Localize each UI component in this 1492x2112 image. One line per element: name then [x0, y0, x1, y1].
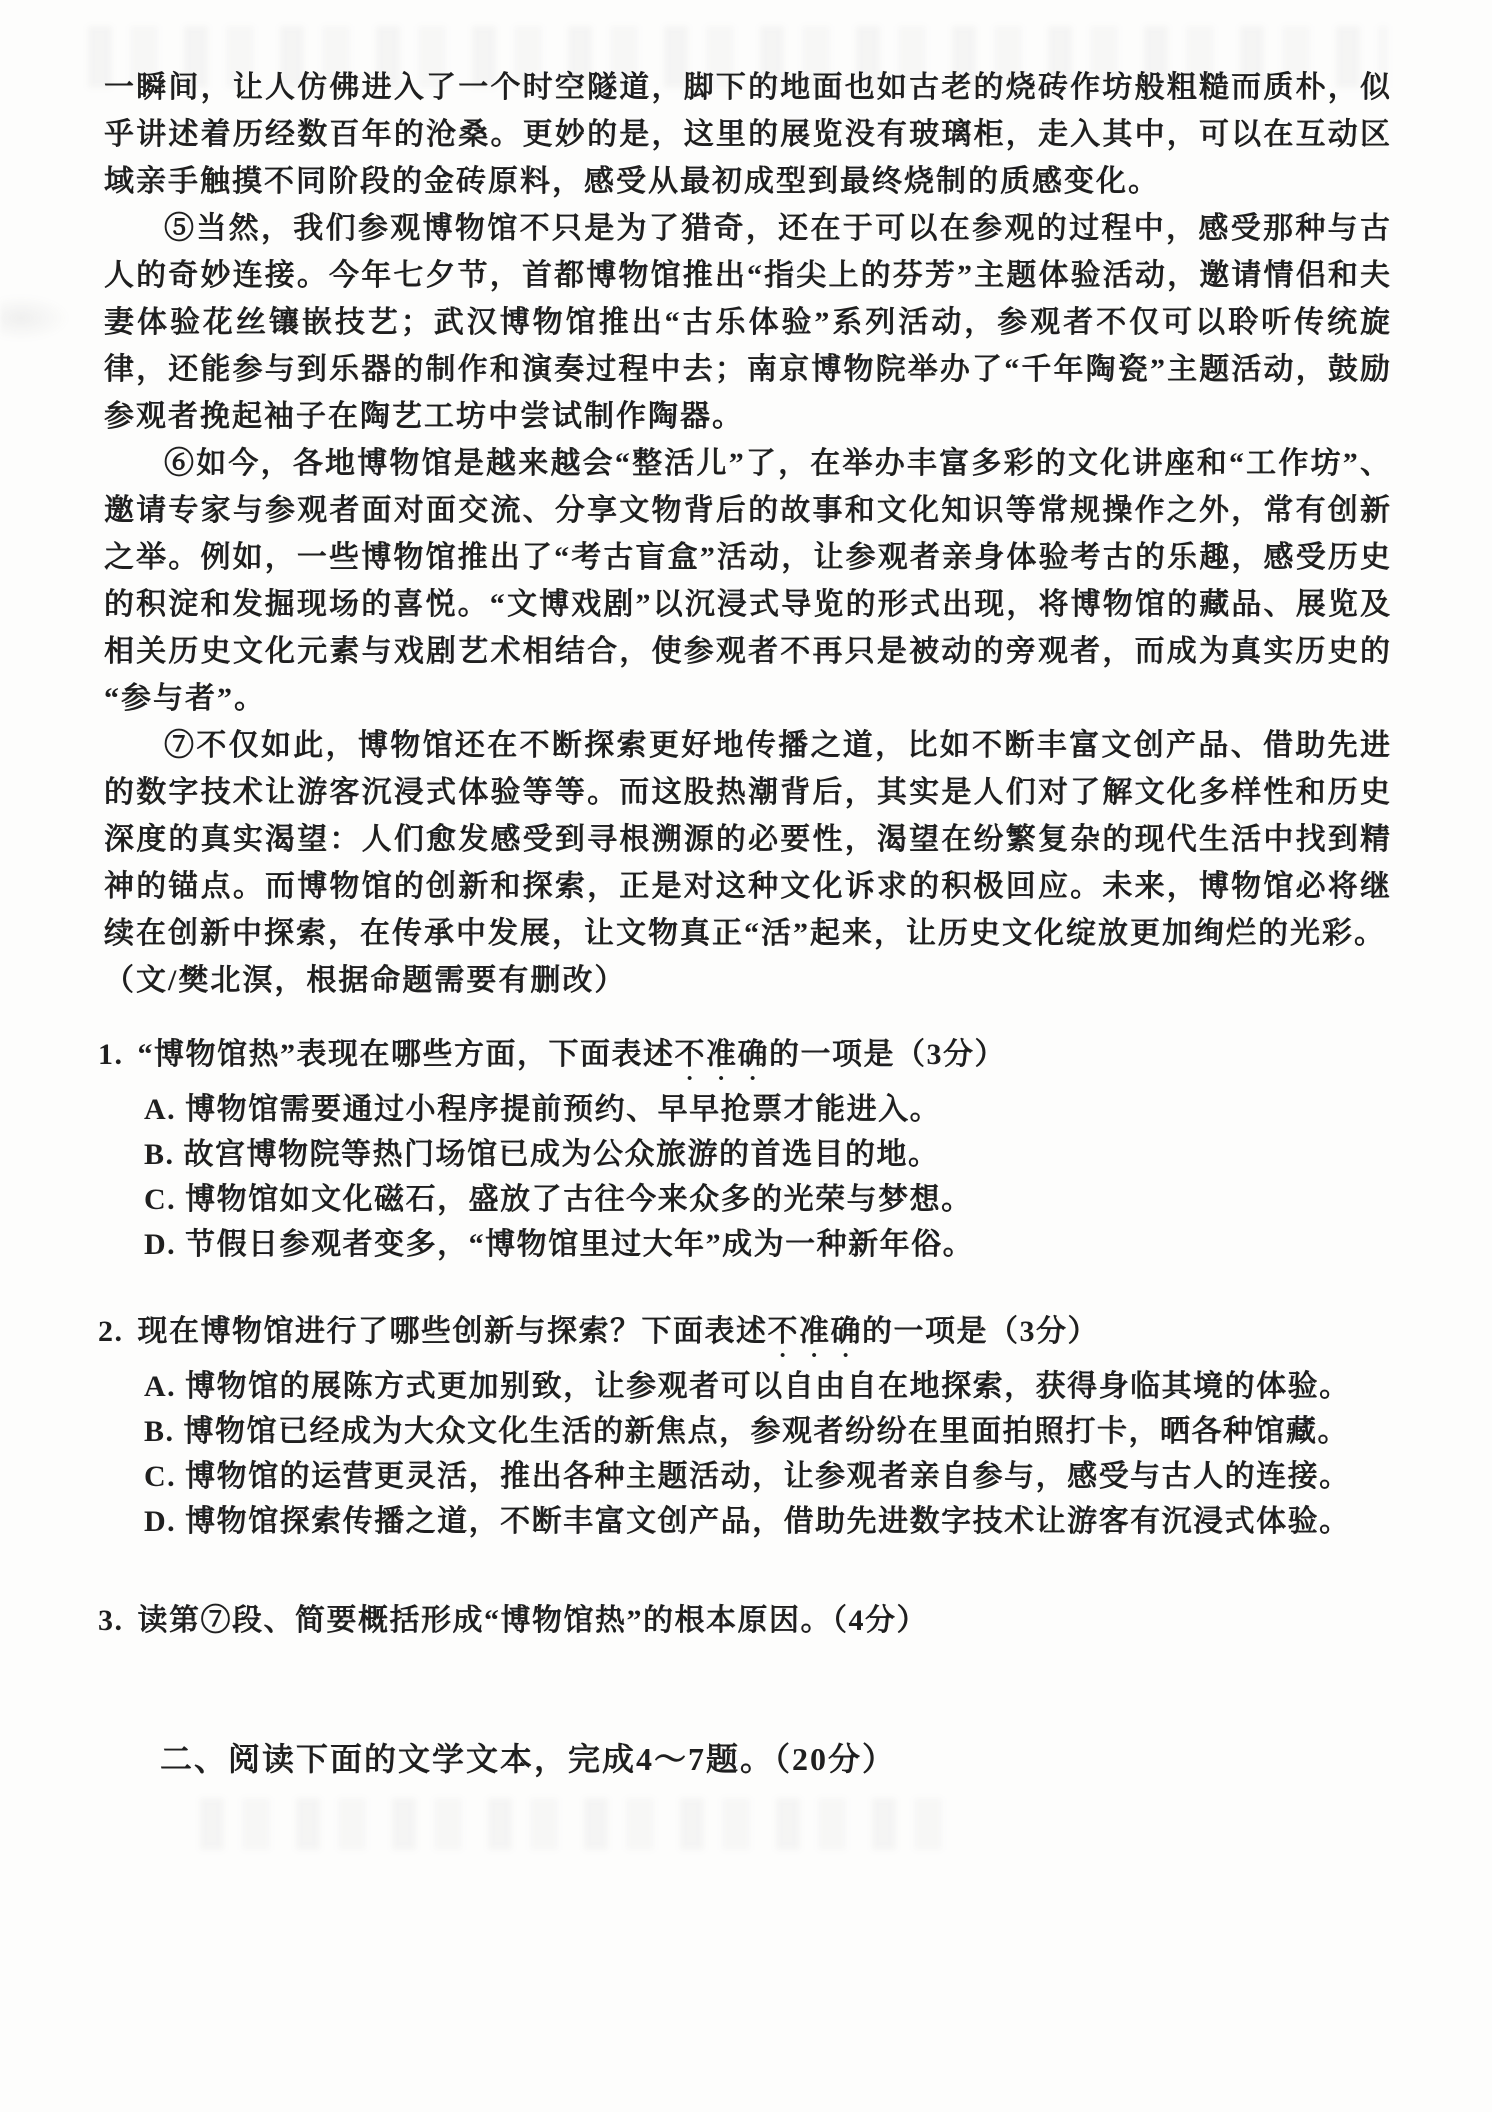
question-2-stem-prefix: 现在博物馆进行了哪些创新与探索？下面表述: [138, 1315, 768, 1348]
question-1-option-d: D. 节假日参观者变多，“博物馆里过大年”成为一种新年俗。: [144, 1222, 1392, 1267]
question-1-option-c: C. 博物馆如文化磁石，盛放了古往今来众多的光荣与梦想。: [144, 1177, 1392, 1222]
bleed-through-ghost-text-middle: [200, 1798, 960, 1850]
question-1-stem-suffix: 的一项是（3分）: [769, 1038, 1006, 1071]
question-3: 3.读第⑦段、简要概括形成“博物馆热”的根本原因。（4分）: [98, 1598, 1392, 1643]
passage-paragraph-continuation: 一瞬间，让人仿佛进入了一个时空隧道，脚下的地面也如古老的烧砖作坊般粗糙而质朴，似…: [104, 64, 1392, 205]
scanned-exam-page: { "document": { "background": "#fdfdfc",…: [0, 0, 1492, 2112]
question-1-number: 1.: [98, 1032, 124, 1077]
question-2-stem-emphasis: 不准确: [768, 1315, 863, 1348]
question-1-option-a: A. 博物馆需要通过小程序提前预约、早早抢票才能进入。: [144, 1087, 1392, 1132]
section-2-heading: 二、阅读下面的文学文本，完成4～7题。（20分）: [160, 1735, 1392, 1783]
question-section: 1.“博物馆热”表现在哪些方面，下面表述不准确的一项是（3分） A. 博物馆需要…: [98, 1032, 1392, 1643]
passage-paragraph-5: ⑤当然，我们参观博物馆不只是为了猎奇，还在于可以在参观的过程中，感受那种与古人的…: [104, 205, 1392, 440]
question-1-option-b: B. 故宫博物院等热门场馆已成为公众旅游的首选目的地。: [144, 1132, 1392, 1177]
question-1-stem-emphasis: 不准确: [675, 1038, 770, 1071]
question-2-options: A. 博物馆的展陈方式更加别致，让参观者可以自由自在地探索，获得身临其境的体验。…: [98, 1364, 1392, 1544]
question-2-stem: 2.现在博物馆进行了哪些创新与探索？下面表述不准确的一项是（3分）: [98, 1309, 1392, 1364]
passage-paragraph-6: ⑥如今，各地博物馆是越来越会“整活儿”了，在举办丰富多彩的文化讲座和“工作坊”、…: [104, 440, 1392, 722]
question-2-option-d: D. 博物馆探索传播之道，不断丰富文创产品，借助先进数字技术让游客有沉浸式体验。: [144, 1499, 1392, 1544]
scan-smudge-artifact: [0, 295, 70, 341]
page-background: 一瞬间，让人仿佛进入了一个时空隧道，脚下的地面也如古老的烧砖作坊般粗糙而质朴，似…: [0, 0, 1492, 2112]
passage-paragraph-7: ⑦不仅如此，博物馆还在不断探索更好地传播之道，比如不断丰富文创产品、借助先进的数…: [104, 722, 1392, 957]
question-3-stem: 3.读第⑦段、简要概括形成“博物馆热”的根本原因。（4分）: [98, 1598, 1392, 1643]
text-column: 一瞬间，让人仿佛进入了一个时空隧道，脚下的地面也如古老的烧砖作坊般粗糙而质朴，似…: [104, 64, 1392, 1783]
question-1-stem: 1.“博物馆热”表现在哪些方面，下面表述不准确的一项是（3分）: [98, 1032, 1392, 1087]
passage-attribution: （文/樊北溟，根据命题需要有删改）: [104, 957, 1392, 1004]
question-2-option-b: B. 博物馆已经成为大众文化生活的新焦点，参观者纷纷在里面拍照打卡，晒各种馆藏。: [144, 1409, 1392, 1454]
question-1: 1.“博物馆热”表现在哪些方面，下面表述不准确的一项是（3分） A. 博物馆需要…: [98, 1032, 1392, 1267]
question-3-number: 3.: [98, 1598, 124, 1643]
question-2: 2.现在博物馆进行了哪些创新与探索？下面表述不准确的一项是（3分） A. 博物馆…: [98, 1309, 1392, 1544]
question-2-option-c: C. 博物馆的运营更灵活，推出各种主题活动，让参观者亲自参与，感受与古人的连接。: [144, 1454, 1392, 1499]
reading-passage: 一瞬间，让人仿佛进入了一个时空隧道，脚下的地面也如古老的烧砖作坊般粗糙而质朴，似…: [104, 64, 1392, 1004]
question-3-stem-text: 读第⑦段、简要概括形成“博物馆热”的根本原因。（4分）: [138, 1604, 929, 1637]
question-2-number: 2.: [98, 1309, 124, 1354]
question-2-option-a: A. 博物馆的展陈方式更加别致，让参观者可以自由自在地探索，获得身临其境的体验。: [144, 1364, 1392, 1409]
question-1-options: A. 博物馆需要通过小程序提前预约、早早抢票才能进入。 B. 故宫博物院等热门场…: [98, 1087, 1392, 1267]
question-2-stem-suffix: 的一项是（3分）: [862, 1315, 1099, 1348]
question-1-stem-prefix: “博物馆热”表现在哪些方面，下面表述: [138, 1038, 675, 1071]
